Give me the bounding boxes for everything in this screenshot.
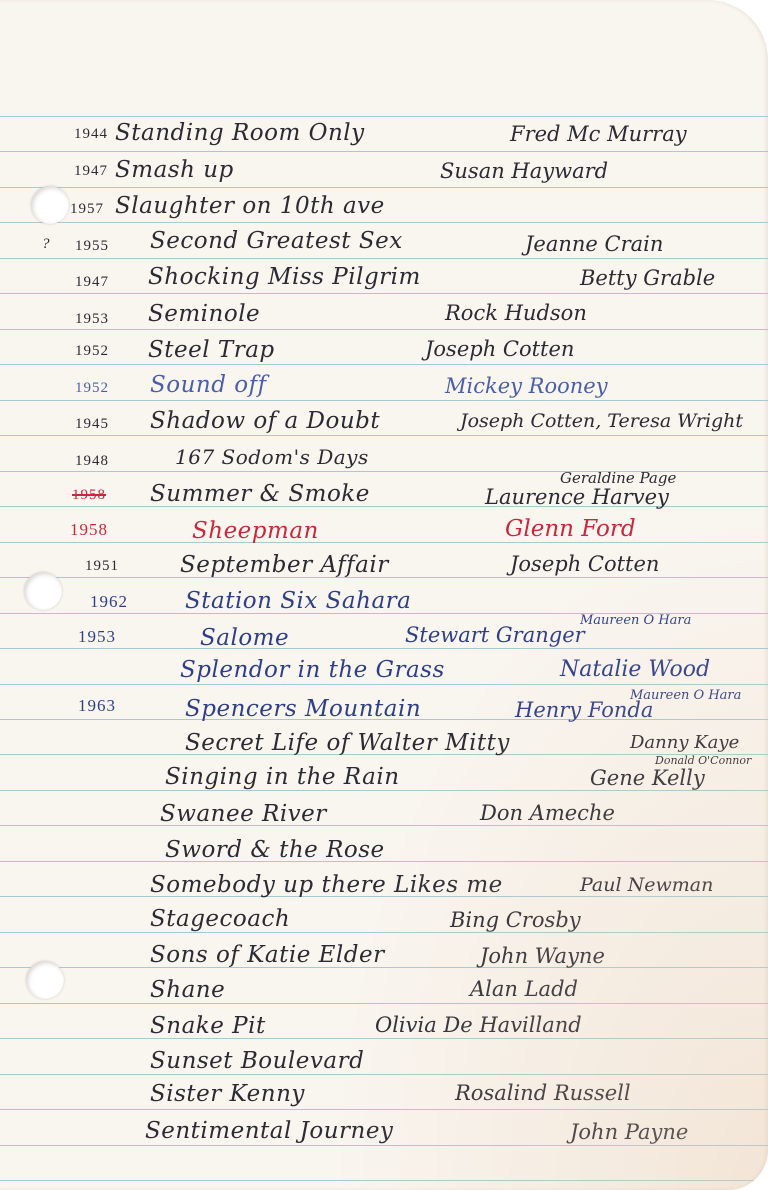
entry-actor: Joseph Cotten	[510, 552, 659, 576]
entry-title: Station Six Sahara	[185, 588, 411, 614]
ruled-line	[0, 329, 768, 330]
ruled-line	[0, 1109, 768, 1110]
entry-title: September Affair	[180, 552, 389, 578]
entry-year: 1952	[75, 380, 109, 397]
ruled-line	[0, 435, 768, 436]
binder-hole-bottom	[26, 961, 64, 999]
entry-title: Sunset Boulevard	[150, 1048, 364, 1074]
entry-actor: Joseph Cotten	[425, 337, 574, 361]
entry-title: Sister Kenny	[150, 1081, 305, 1107]
entry-title: Summer & Smoke	[150, 481, 370, 507]
entry-title: Sheepman	[192, 518, 319, 544]
ruled-line	[0, 364, 768, 365]
entry-actor: Paul Newman	[580, 874, 713, 896]
entry-year: 1955	[75, 238, 109, 255]
ruled-line	[0, 187, 768, 188]
entry-actor: Rosalind Russell	[455, 1081, 631, 1105]
entry-title: Seminole	[148, 301, 260, 327]
entry-title: Sons of Katie Elder	[150, 942, 385, 968]
entry-title: Slaughter on 10th ave	[115, 193, 385, 219]
ruled-line	[0, 258, 768, 259]
entry-actor: John Wayne	[480, 944, 605, 968]
entry-title: Shane	[150, 977, 225, 1003]
entry-year: 1962	[90, 592, 128, 612]
entry-title: Somebody up there Likes me	[150, 872, 503, 898]
binder-hole-middle	[24, 572, 62, 610]
ruled-line	[0, 222, 768, 223]
entry-year: 1953	[75, 311, 109, 328]
binder-hole-top	[31, 186, 69, 224]
notebook-page: 1944 Standing Room Only Fred Mc Murray 1…	[0, 0, 768, 1190]
entry-actor: Natalie Wood	[560, 657, 710, 682]
ruled-line	[0, 1003, 768, 1004]
entry-year: 1944	[74, 126, 108, 143]
entry-title: Second Greatest Sex	[150, 228, 403, 254]
ruled-line	[0, 116, 768, 117]
entry-title: Splendor in the Grass	[180, 657, 445, 683]
entry-title: Secret Life of Walter Mitty	[185, 730, 510, 756]
ruled-line	[0, 1145, 768, 1146]
ruled-line	[0, 684, 768, 685]
entry-year: 1945	[75, 416, 109, 433]
ruled-line	[0, 151, 768, 152]
ruled-line	[0, 825, 768, 826]
entry-actor: Fred Mc Murray	[510, 122, 687, 146]
entry-year: 1952	[75, 343, 109, 360]
entry-year: 1947	[75, 274, 109, 291]
entry-actor: Susan Hayward	[440, 159, 608, 183]
ruled-line	[0, 932, 768, 933]
entry-year: 1948	[75, 453, 109, 470]
entry-title: Snake Pit	[150, 1013, 266, 1039]
entry-title: Stagecoach	[150, 906, 290, 932]
entry-actor: Gene Kelly	[590, 766, 705, 790]
entry-title: Sound off	[150, 372, 267, 398]
entry-actor: Danny Kaye	[630, 732, 739, 753]
entry-title: Spencers Mountain	[185, 696, 421, 722]
entry-actor: Olivia De Havilland	[375, 1013, 582, 1037]
entry-title: Steel Trap	[148, 337, 275, 363]
entry-title: 167 Sodom's Days	[175, 445, 369, 469]
ruled-line	[0, 648, 768, 649]
ruled-line	[0, 790, 768, 791]
ruled-line	[0, 1180, 768, 1181]
entry-title: Swanee River	[160, 801, 327, 827]
entry-actor-note: Maureen O Hara	[580, 613, 691, 628]
ruled-line	[0, 1074, 768, 1075]
entry-title: Singing in the Rain	[165, 764, 400, 790]
entry-actor: Jeanne Crain	[525, 232, 663, 256]
entry-actor: Mickey Rooney	[445, 374, 608, 398]
entry-title: Shadow of a Doubt	[150, 408, 380, 434]
entry-year: 1963	[78, 696, 116, 716]
entry-year: 1953	[78, 627, 116, 647]
entry-actor: Rock Hudson	[445, 301, 587, 325]
entry-year: 1957	[70, 201, 104, 218]
entry-actor: Bing Crosby	[450, 908, 581, 932]
ruled-line	[0, 400, 768, 401]
entry-actor: John Payne	[570, 1120, 688, 1144]
entry-actor: Glenn Ford	[505, 516, 636, 542]
entry-actor: Don Ameche	[480, 801, 615, 825]
entry-year-struck: 1958	[72, 487, 106, 504]
entry-actor: Alan Ladd	[470, 977, 578, 1001]
entry-year: 1951	[85, 558, 119, 575]
entry-title: Shocking Miss Pilgrim	[148, 264, 421, 290]
margin-question-mark: ?	[42, 236, 50, 253]
ruled-line	[0, 293, 768, 294]
entry-title: Salome	[200, 625, 289, 651]
ruled-line	[0, 1038, 768, 1039]
entry-year: 1947	[74, 163, 108, 180]
entry-title: Sentimental Journey	[145, 1118, 393, 1144]
entry-actor: Stewart Granger	[405, 623, 585, 647]
entry-actor: Joseph Cotten, Teresa Wright	[460, 410, 743, 432]
entry-actor: Betty Grable	[580, 266, 715, 290]
ruled-line	[0, 542, 768, 543]
entry-year: 1958	[70, 520, 108, 540]
entry-title: Standing Room Only	[115, 120, 365, 146]
entry-actor: Laurence Harvey	[485, 485, 669, 509]
entry-title: Sword & the Rose	[165, 837, 385, 863]
entry-title: Smash up	[115, 157, 234, 183]
entry-actor: Henry Fonda	[515, 698, 653, 722]
